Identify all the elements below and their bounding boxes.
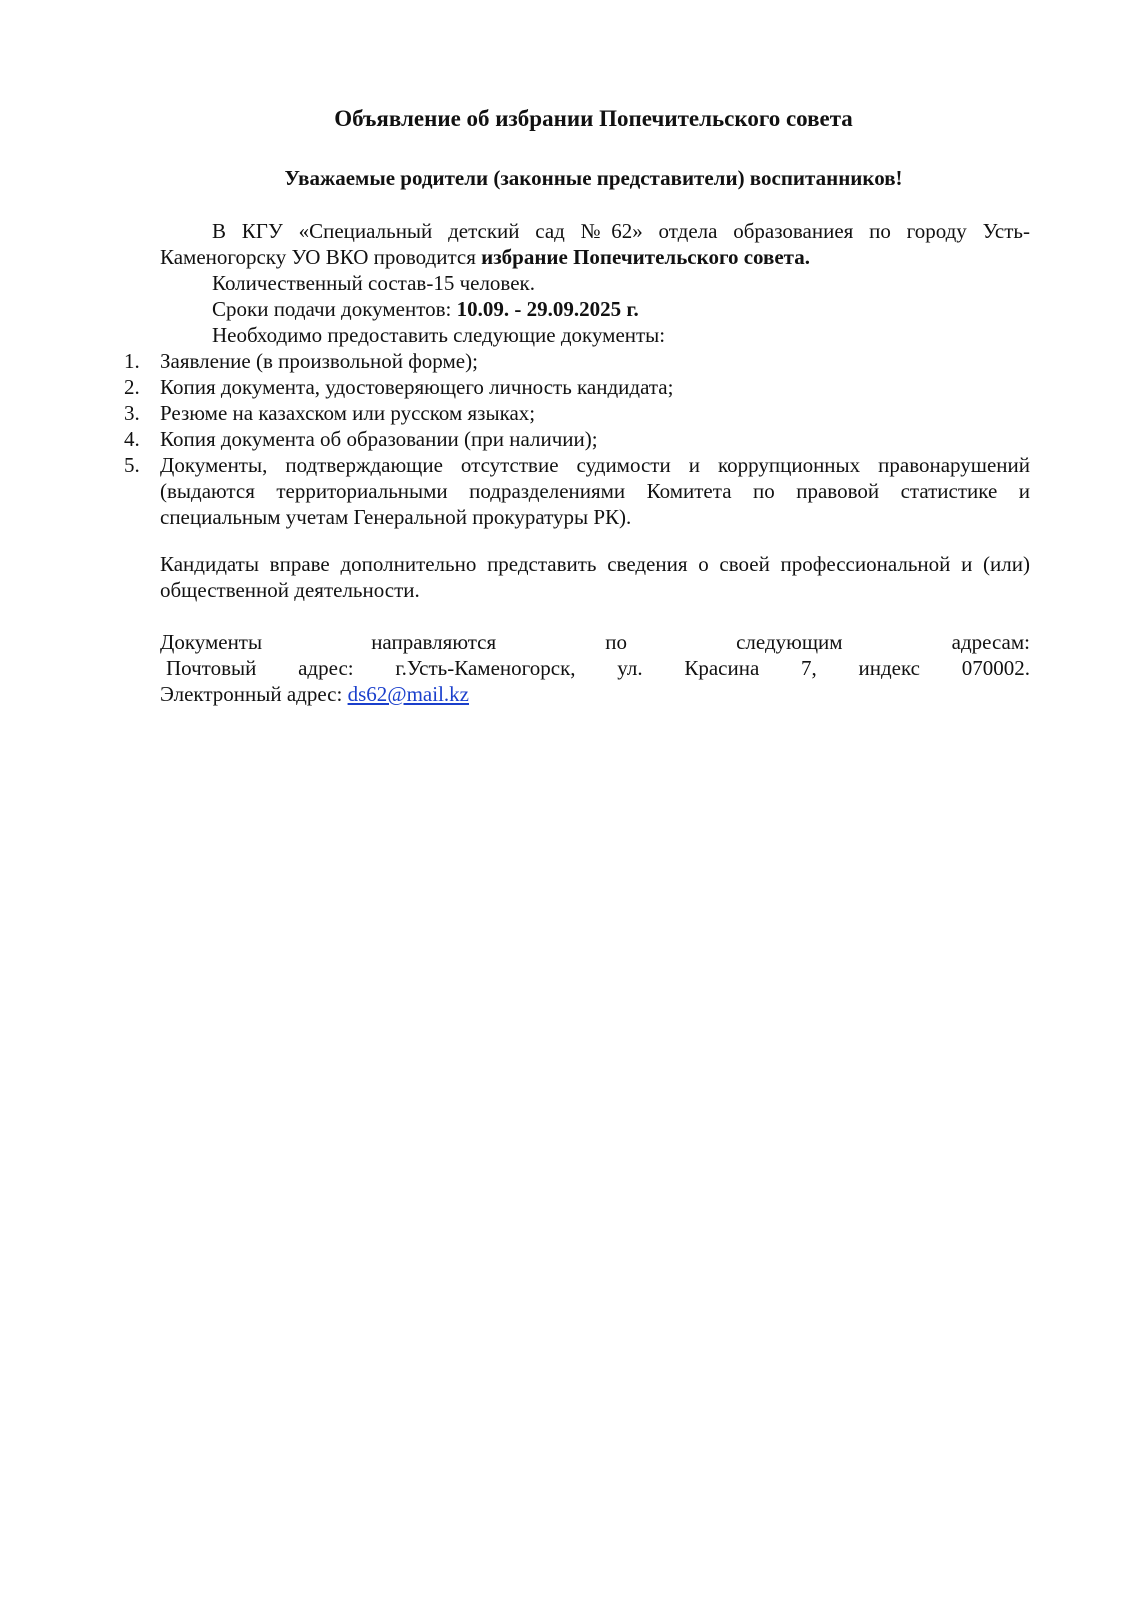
documents-intro: Необходимо предоставить следующие докуме… <box>160 322 1030 348</box>
document-title: Объявление об избрании Попечительского с… <box>0 106 1131 132</box>
list-item: 3.Резюме на казахском или русском языках… <box>160 400 1030 426</box>
postal-address: Почтовый адрес: г.Усть-Каменогорск, ул. … <box>160 655 1030 681</box>
composition: Количественный состав-15 человек. <box>160 270 1030 296</box>
announcement-body: В КГУ «Специальный детский сад №62» отде… <box>160 218 1030 530</box>
candidates-note: Кандидаты вправе дополнительно представи… <box>160 551 1030 603</box>
list-item: 2.Копия документа, удостоверяющего лично… <box>160 374 1030 400</box>
intro-bold: избрание Попечительского совета. <box>481 245 810 269</box>
addresses-block: Документы направляются по следующим адре… <box>160 629 1030 707</box>
deadline: Сроки подачи документов: 10.09. - 29.09.… <box>160 296 1030 322</box>
list-item: 1.Заявление (в произвольной форме); <box>160 348 1030 374</box>
greeting: Уважаемые родители (законные представите… <box>0 166 1131 191</box>
intro-paragraph: В КГУ «Специальный детский сад №62» отде… <box>160 218 1030 270</box>
email-link[interactable]: ds62@mail.kz <box>348 682 469 706</box>
documents-list: 1.Заявление (в произвольной форме); 2.Ко… <box>160 348 1030 530</box>
deadline-value: 10.09. - 29.09.2025 г. <box>457 297 639 321</box>
email-line: Электронный адрес: ds62@mail.kz <box>160 681 1030 707</box>
addresses-intro: Документы направляются по следующим адре… <box>160 629 1030 655</box>
list-item: 4.Копия документа об образовании (при на… <box>160 426 1030 452</box>
list-item: 5.Документы, подтверждающие отсутствие с… <box>160 452 1030 530</box>
